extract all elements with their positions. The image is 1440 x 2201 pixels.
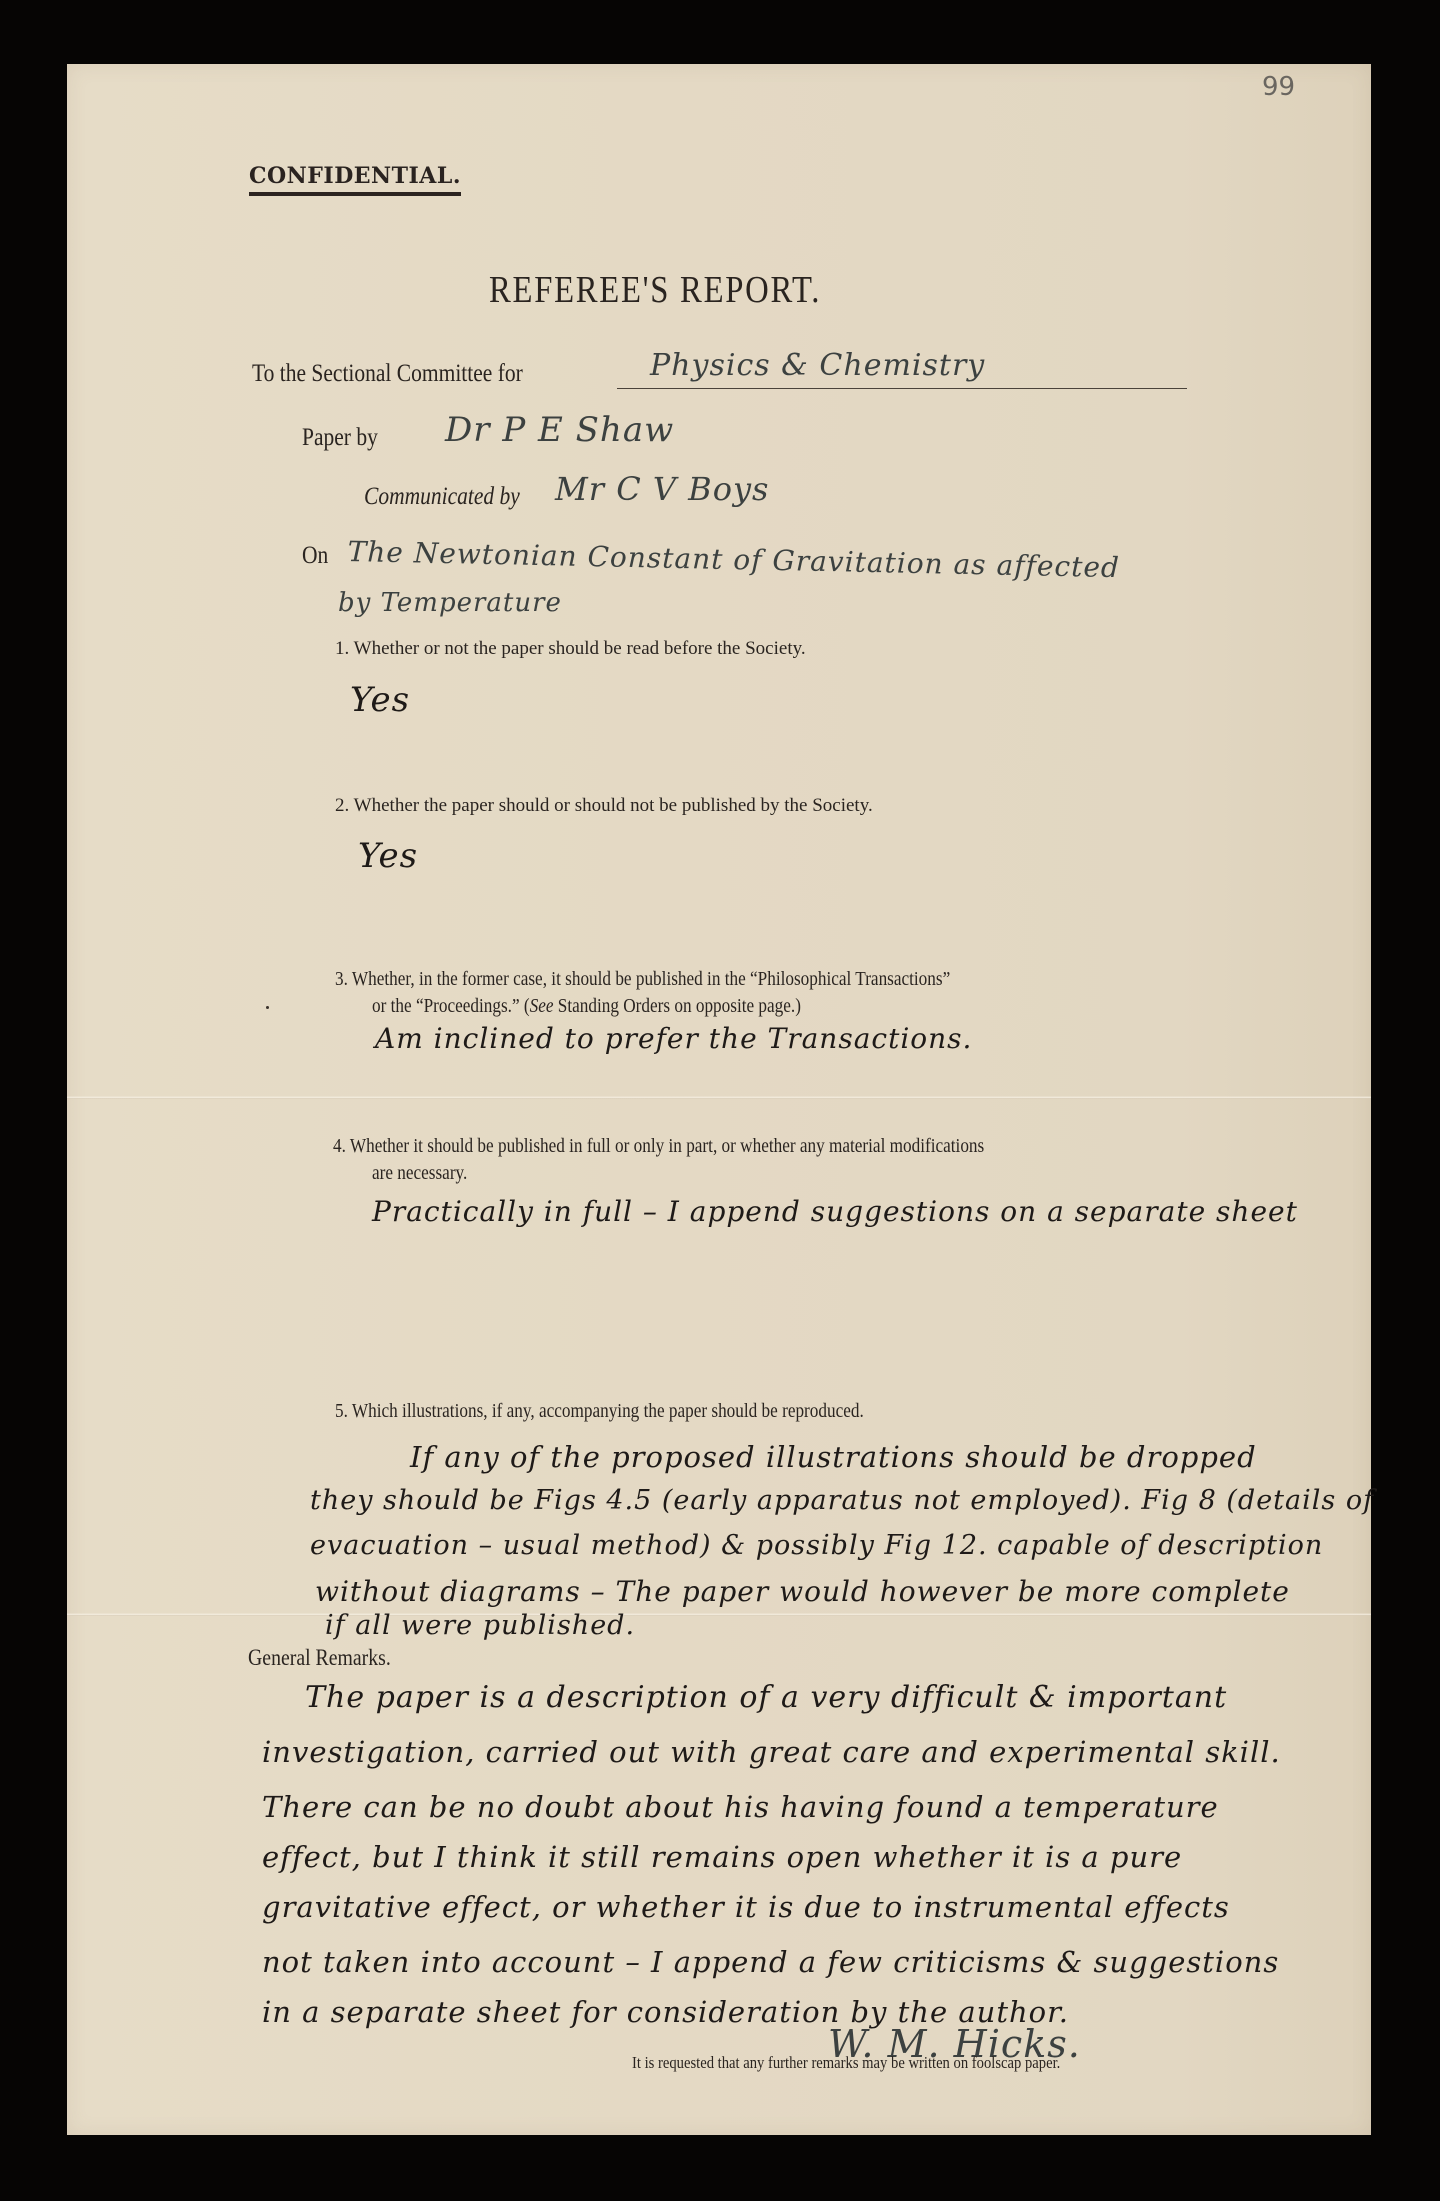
question-4: 4. Whether it should be published in ful… <box>333 1135 984 1158</box>
question-1: 1. Whether or not the paper should be re… <box>335 638 806 660</box>
communicated-by-label: Communicated by <box>364 483 520 511</box>
question-text: Which illustrations, if any, accompanyin… <box>352 1400 864 1422</box>
question-5: 5. Which illustrations, if any, accompan… <box>335 1400 864 1423</box>
communicated-by-value: Mr C V Boys <box>555 470 769 508</box>
question-number: 3. <box>335 968 348 990</box>
answer-3: Am inclined to prefer the Transactions. <box>375 1022 972 1055</box>
answer-5-line: they should be Figs 4.5 (early apparatus… <box>310 1485 1374 1516</box>
on-label: On <box>302 542 328 570</box>
remarks-line: There can be no doubt about his having f… <box>262 1790 1219 1824</box>
question-4-line2: are necessary. <box>372 1162 467 1185</box>
ink-dot-mark <box>266 1006 269 1009</box>
question-3-line2: or the “Proceedings.” (See Standing Orde… <box>372 995 801 1018</box>
remarks-line: The paper is a description of a very dif… <box>305 1680 1227 1715</box>
remarks-line: investigation, carried out with great ca… <box>262 1735 1281 1769</box>
answer-4: Practically in full – I append suggestio… <box>372 1195 1298 1228</box>
answer-2: Yes <box>358 836 418 876</box>
answer-5-line: without diagrams – The paper would howev… <box>315 1575 1290 1608</box>
paper-fold-line <box>67 1613 1371 1616</box>
paper-fold-line <box>67 1096 1371 1099</box>
answer-1: Yes <box>350 680 410 720</box>
confidential-label: CONFIDENTIAL. <box>249 163 461 196</box>
answer-5-line: if all were published. <box>325 1610 635 1641</box>
answer-5-line: evacuation – usual method) & possibly Fi… <box>310 1530 1323 1561</box>
question-number: 1. <box>335 638 349 659</box>
question-text-line1: Whether, in the former case, it should b… <box>352 968 950 990</box>
question-number: 4. <box>333 1135 346 1157</box>
page-title: REFEREE'S REPORT. <box>489 268 821 312</box>
committee-value: Physics & Chemistry <box>650 348 985 383</box>
remarks-line: not taken into account – I append a few … <box>262 1945 1279 1979</box>
remarks-line: gravitative effect, or whether it is due… <box>262 1890 1230 1924</box>
question-number: 5. <box>335 1400 348 1422</box>
answer-5-line: If any of the proposed illustrations sho… <box>410 1440 1257 1474</box>
question-3: 3. Whether, in the former case, it shoul… <box>335 968 950 991</box>
question-text-line1: Whether it should be published in full o… <box>350 1135 984 1157</box>
question-text: Whether the paper should or should not b… <box>354 795 873 816</box>
committee-underline <box>617 388 1187 389</box>
paper-by-label: Paper by <box>302 424 378 452</box>
general-remarks-label: General Remarks. <box>248 1645 391 1671</box>
footer-note: It is requested that any further remarks… <box>632 2053 1060 2073</box>
paper-by-value: Dr P E Shaw <box>445 410 674 450</box>
question-text: Whether or not the paper should be read … <box>354 638 806 659</box>
page-number: 99 <box>1262 72 1295 102</box>
question-2: 2. Whether the paper should or should no… <box>335 795 873 817</box>
on-value-line2: by Temperature <box>338 588 562 618</box>
remarks-line: effect, but I think it still remains ope… <box>262 1840 1182 1874</box>
question-number: 2. <box>335 795 349 816</box>
committee-label: To the Sectional Committee for <box>252 360 523 388</box>
